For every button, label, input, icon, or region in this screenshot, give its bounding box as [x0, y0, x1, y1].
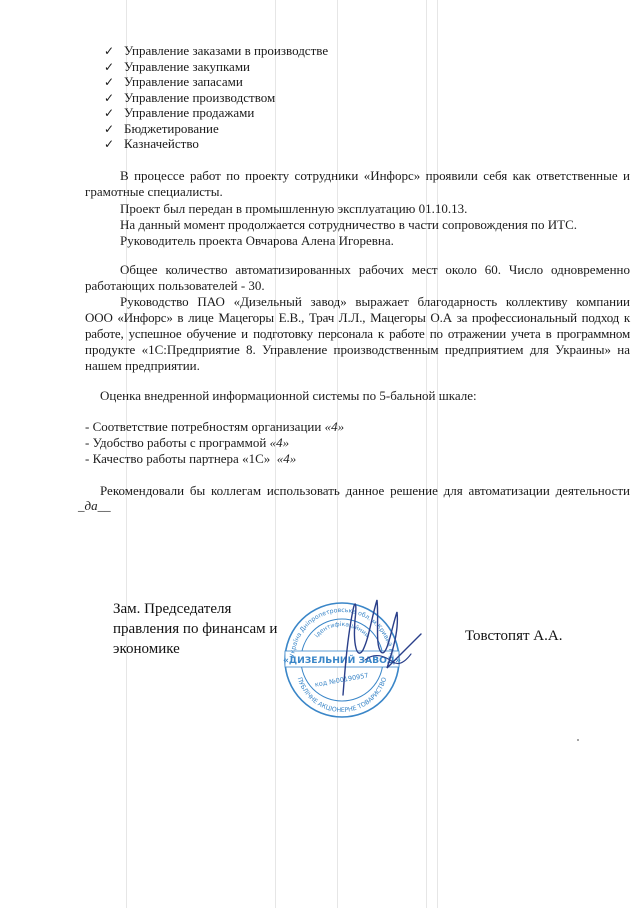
workplaces-line: работающих пользователей - 30.	[85, 278, 265, 293]
scan-line	[426, 0, 427, 908]
list-item-label: Управление заказами в производстве	[124, 43, 328, 59]
rating-label: - Качество работы партнера «1С»	[85, 451, 277, 466]
rating-label: - Удобство работы с программой	[85, 435, 270, 450]
checkmark-icon: ✓	[104, 60, 124, 74]
list-item-label: Управление производством	[124, 90, 275, 106]
rating-title: Оценка внедренной информационной системы…	[100, 388, 477, 403]
scan-line	[337, 0, 338, 908]
paragraph-team-line: В процессе работ по проекту сотрудники «…	[120, 168, 630, 183]
checkmark-icon: ✓	[104, 44, 124, 58]
checkmark-icon: ✓	[104, 75, 124, 89]
modules-checklist: ✓Управление заказами в производстве ✓Упр…	[104, 43, 328, 152]
list-item-label: Управление продажами	[124, 105, 254, 121]
signatory-position: правления по финансам и	[113, 620, 277, 639]
list-item-label: Казначейство	[124, 136, 199, 152]
thanks-line: нашем предприятии.	[85, 358, 200, 373]
handwritten-signature-icon	[335, 590, 425, 700]
rating-score: «4»	[270, 435, 290, 450]
checkmark-icon: ✓	[104, 91, 124, 105]
signatory-position: экономике	[113, 640, 180, 659]
checkmark-icon: ✓	[104, 122, 124, 136]
rating-item: - Удобство работы с программой «4»	[85, 435, 289, 450]
workplaces-line: Общее количество автоматизированных рабо…	[120, 262, 630, 277]
document-page: ✓Управление заказами в производстве ✓Упр…	[0, 0, 643, 908]
recommendation-answer: _да__	[78, 498, 111, 513]
thanks-line: продукте «1С:Предприятие 8. Управление п…	[85, 342, 630, 357]
list-item-label: Управление запасами	[124, 74, 243, 90]
list-item: ✓Управление продажами	[104, 105, 328, 121]
rating-score: «4»	[277, 451, 297, 466]
list-item-label: Управление закупками	[124, 59, 250, 75]
list-item-label: Бюджетирование	[124, 121, 219, 137]
thanks-line: работе, успешное обучение и подготовку п…	[85, 326, 630, 341]
list-item: ✓Бюджетирование	[104, 121, 328, 137]
rating-label: - Соответствие потребностям организации	[85, 419, 325, 434]
list-item: ✓Казначейство	[104, 136, 328, 152]
scan-line	[437, 0, 438, 908]
checkmark-icon: ✓	[104, 137, 124, 151]
rating-item: - Качество работы партнера «1С» «4»	[85, 451, 296, 466]
rating-item: - Соответствие потребностям организации …	[85, 419, 344, 434]
list-item: ✓Управление закупками	[104, 59, 328, 75]
list-item: ✓Управление запасами	[104, 74, 328, 90]
paragraph-team-line: грамотные специалисты.	[85, 184, 223, 199]
rating-score: «4»	[325, 419, 345, 434]
list-item: ✓Управление заказами в производстве	[104, 43, 328, 59]
recommendation-question: Рекомендовали бы коллегам использовать д…	[100, 483, 630, 498]
project-manager-text: Руководитель проекта Овчарова Алена Игор…	[120, 233, 394, 248]
support-text: На данный момент продолжается сотрудниче…	[120, 217, 577, 232]
signatory-position: Зам. Председателя	[113, 600, 231, 619]
signatory-name: Товстопят А.А.	[465, 627, 562, 646]
scan-speck	[577, 739, 579, 741]
thanks-line: ООО «Инфорс» в лице Мацегоры Е.В., Трач …	[85, 310, 630, 325]
list-item: ✓Управление производством	[104, 90, 328, 106]
thanks-line: Руководство ПАО «Дизельный завод» выража…	[120, 294, 630, 309]
checkmark-icon: ✓	[104, 106, 124, 120]
handover-date-text: Проект был передан в промышленную эксплу…	[120, 201, 467, 216]
